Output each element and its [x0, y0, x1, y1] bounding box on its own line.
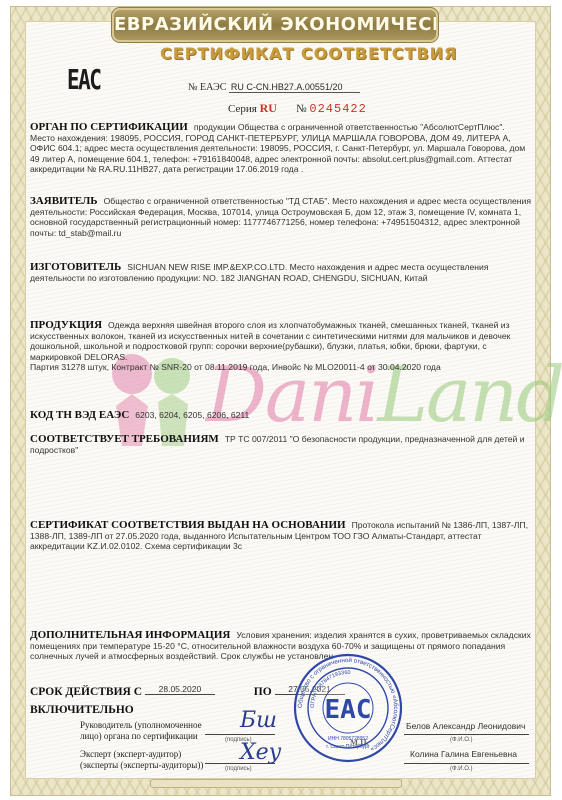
official-seal-icon: Общество с ограниченной ответственностью…	[292, 652, 404, 764]
registration-number: № ЕАЭС RU C-CN.HB27.A.00551/20	[188, 82, 360, 93]
form-number-label: №	[296, 103, 307, 115]
series-value: RU	[260, 101, 277, 115]
expert-label: Эксперт (эксперт-аудитор) (эксперты (экс…	[80, 749, 210, 771]
section-heading: КОД ТН ВЭД ЕАЭС	[30, 409, 129, 421]
eac-logo-icon: EAC	[67, 63, 100, 96]
section-additional-info: ДОПОЛНИТЕЛЬНАЯ ИНФОРМАЦИЯУсловия хранени…	[30, 630, 532, 662]
series-label: Серия	[228, 103, 257, 115]
head-signature: Бш	[240, 708, 277, 733]
series-line: Серия RU № 0245422	[228, 101, 367, 116]
form-number-value: 0245422	[309, 102, 366, 116]
certificate-title: СЕРТИФИКАТ СООТВЕТСТВИЯ	[160, 44, 390, 63]
section-requirements: СООТВЕТСТВУЕТ ТРЕБОВАНИЯМТР ТС 007/2011 …	[30, 434, 532, 455]
section-heading: ОРГАН ПО СЕРТИФИКАЦИИ	[30, 121, 188, 133]
section-hs-code: КОД ТН ВЭД ЕАЭС6203, 6204, 6205, 6206, 6…	[30, 410, 532, 421]
head-name-line	[404, 734, 529, 735]
section-heading: ДОПОЛНИТЕЛЬНАЯ ИНФОРМАЦИЯ	[30, 629, 230, 641]
section-certification-body: ОРГАН ПО СЕРТИФИКАЦИИпродукции Общества …	[30, 122, 532, 175]
section-text: 6203, 6204, 6205, 6206, 6211	[135, 410, 249, 420]
product-batch: Партия 31278 штук, Контракт № SNR-20 от …	[30, 362, 441, 372]
section-heading: СООТВЕТСТВУЕТ ТРЕБОВАНИЯМ	[30, 433, 219, 445]
section-heading: ПРОДУКЦИЯ	[30, 319, 102, 331]
validity-from-date: 28.05.2020	[145, 684, 215, 695]
svg-text:ИНН 7805728952: ИНН 7805728952	[328, 736, 368, 742]
section-basis: СЕРТИФИКАТ СООТВЕТСТВИЯ ВЫДАН НА ОСНОВАН…	[30, 520, 532, 552]
head-label: Руководитель (уполномоченное лицо) орган…	[80, 720, 210, 742]
section-heading: СЕРТИФИКАТ СООТВЕТСТВИЯ ВЫДАН НА ОСНОВАН…	[30, 519, 346, 531]
svg-text:EAC: EAC	[325, 695, 372, 725]
validity-from-label: СРОК ДЕЙСТВИЯ С	[30, 686, 142, 698]
expert-signature: Хеy	[240, 740, 281, 765]
section-manufacturer: ИЗГОТОВИТЕЛЬSICHUAN NEW RISE IMP.&EXP.CO…	[30, 262, 532, 283]
head-name: Белов Александр Леонидович	[406, 721, 525, 731]
section-heading: ИЗГОТОВИТЕЛЬ	[30, 261, 121, 273]
expert-name: Колина Галина Евгеньевна	[410, 749, 517, 759]
section-heading: ЗАЯВИТЕЛЬ	[30, 195, 98, 207]
expert-name-line	[404, 763, 529, 764]
registration-label: № ЕАЭС	[188, 82, 226, 93]
section-text: Общество с ограниченной ответственностью…	[30, 196, 531, 238]
head-signature-line	[205, 734, 275, 735]
union-banner: ЕВРАЗИЙСКИЙ ЭКОНОМИЧЕСКИЙ СОЮЗ	[112, 8, 438, 42]
expert-name-caption: (Ф.И.О.)	[450, 766, 473, 772]
expert-signature-caption: (подпись)	[225, 766, 252, 772]
head-name-caption: (Ф.И.О.)	[450, 737, 473, 743]
footer-printing-info	[150, 779, 402, 788]
validity-to-label: ПО	[254, 686, 272, 698]
section-applicant: ЗАЯВИТЕЛЬОбщество с ограниченной ответст…	[30, 196, 532, 238]
section-product: ПРОДУКЦИЯОдежда верхняя швейная второго …	[30, 320, 532, 373]
section-text: Одежда верхняя швейная второго слоя из х…	[30, 320, 510, 362]
registration-value: RU C-CN.HB27.A.00551/20	[229, 82, 361, 93]
svg-text:г. Санкт-Петербург: г. Санкт-Петербург	[326, 744, 369, 750]
validity-inclusive: ВКЛЮЧИТЕЛЬНО	[30, 704, 134, 716]
